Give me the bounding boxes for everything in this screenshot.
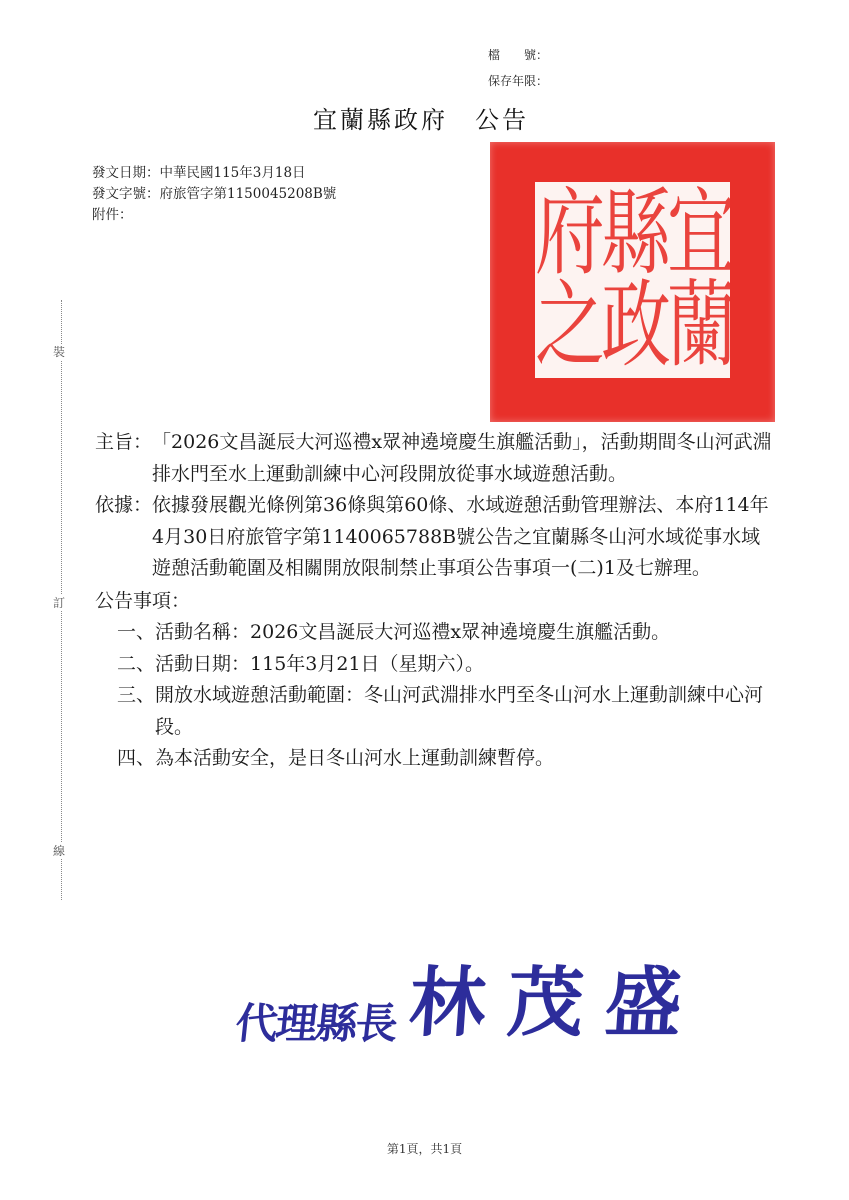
signature-stamp: 代理縣長林茂盛 — [236, 942, 704, 1051]
announcement-item: 二、 活動日期：115年3月21日（星期六）。 — [95, 649, 775, 681]
doc-number: 發文字號：府旅管字第1150045208B號 — [92, 184, 336, 205]
retention-label: 保存年限： — [488, 68, 548, 94]
item-number: 四、 — [117, 743, 155, 775]
document-title: 宜蘭縣政府 公告 — [313, 100, 529, 135]
basis-paragraph: 依據： 依據發展觀光條例第36條與第60條、水域遊憩活動管理辦法、本府114年4… — [95, 490, 775, 585]
seal-char: 府 — [535, 186, 605, 281]
seal-char: 宜 — [667, 186, 737, 281]
header-meta: 檔 號： 保存年限： — [488, 42, 548, 94]
seal-char: 政 — [601, 278, 671, 373]
seal-char: 蘭 — [667, 278, 737, 373]
announcement-item: 一、 活動名稱：2026文昌誕辰大河巡禮x眾神遶境慶生旗艦活動。 — [95, 617, 775, 649]
signatory-title: 代理縣長 — [233, 991, 399, 1051]
item-text: 活動名稱：2026文昌誕辰大河巡禮x眾神遶境慶生旗艦活動。 — [155, 617, 775, 649]
item-text: 開放水域遊憩活動範圍：冬山河武淵排水門至冬山河水上運動訓練中心河段。 — [155, 680, 775, 743]
announcement-item: 四、 為本活動安全，是日冬山河水上運動訓練暫停。 — [95, 743, 775, 775]
subject-text: 「2026文昌誕辰大河巡禮x眾神遶境慶生旗艦活動」，活動期間冬山河武淵排水門至水… — [152, 427, 775, 490]
attachment: 附件： — [92, 205, 336, 226]
announcement-item: 三、 開放水域遊憩活動範圍：冬山河武淵排水門至冬山河水上運動訓練中心河段。 — [95, 680, 775, 743]
binding-mark: 線 — [53, 843, 65, 859]
file-number-label: 檔 號： — [488, 42, 548, 68]
binding-mark: 訂 — [53, 595, 65, 611]
announcement-heading: 公告事項： — [95, 586, 775, 618]
item-number: 二、 — [117, 649, 155, 681]
official-seal-icon: 宜 蘭 縣 政 府 之 — [490, 142, 775, 422]
seal-char: 縣 — [601, 186, 671, 281]
binding-mark: 裝 — [53, 344, 65, 360]
seal-inner: 宜 蘭 縣 政 府 之 — [535, 182, 730, 378]
item-text: 活動日期：115年3月21日（星期六）。 — [155, 649, 775, 681]
issue-date: 發文日期：中華民國115年3月18日 — [92, 163, 336, 184]
basis-label: 依據： — [95, 490, 152, 585]
item-text: 為本活動安全，是日冬山河水上運動訓練暫停。 — [155, 743, 775, 775]
basis-text: 依據發展觀光條例第36條與第60條、水域遊憩活動管理辦法、本府114年4月30日… — [152, 490, 775, 585]
page-indicator: 第1頁，共1頁 — [0, 1140, 849, 1157]
file-number-field: 檔 號： — [488, 42, 548, 68]
item-number: 三、 — [117, 680, 155, 743]
subject-label: 主旨： — [95, 427, 152, 490]
issue-info: 發文日期：中華民國115年3月18日 發文字號：府旅管字第1150045208B… — [92, 163, 336, 226]
subject-paragraph: 主旨： 「2026文昌誕辰大河巡禮x眾神遶境慶生旗艦活動」，活動期間冬山河武淵排… — [95, 427, 775, 490]
signatory-name: 林茂盛 — [406, 942, 708, 1051]
seal-char: 之 — [535, 278, 605, 373]
retention-field: 保存年限： — [488, 68, 548, 94]
item-number: 一、 — [117, 617, 155, 649]
announcement-body: 主旨： 「2026文昌誕辰大河巡禮x眾神遶境慶生旗艦活動」，活動期間冬山河武淵排… — [95, 427, 775, 775]
